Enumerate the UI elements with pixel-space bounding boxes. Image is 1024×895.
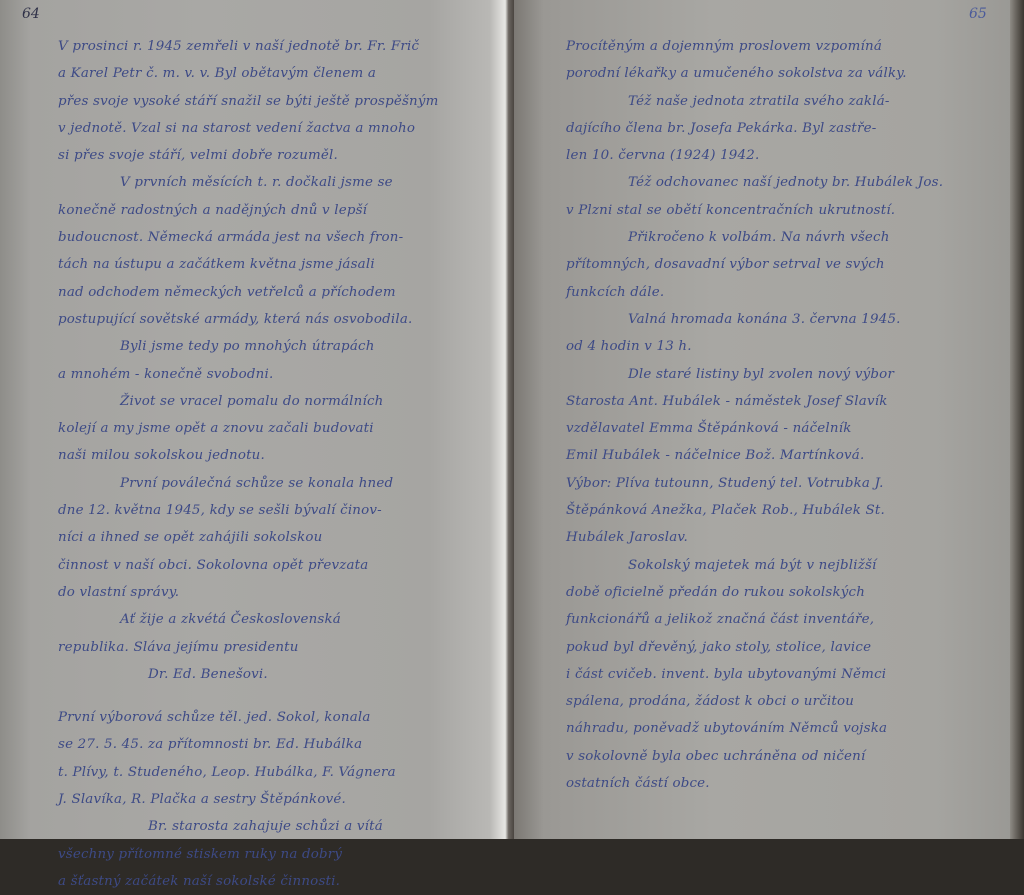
handwritten-line: dne 12. května 1945, kdy se sešli bývalí… (58, 497, 439, 524)
handwritten-line: Hubálek Jaroslav. (566, 524, 943, 551)
handwritten-line: i část cvičeb. invent. byla ubytovanými … (566, 661, 943, 688)
handwritten-line: Valná hromada konána 3. června 1945. (566, 306, 943, 333)
handwritten-line: náhradu, poněvadž ubytováním Němců vojsk… (566, 715, 943, 742)
handwritten-line: v sokolovně byla obec uchráněna od ničen… (566, 743, 943, 770)
handwritten-line: a Karel Petr č. m. v. v. Byl obětavým čl… (58, 60, 439, 87)
handwritten-line: pokud byl dřevěný, jako stoly, stolice, … (566, 634, 943, 661)
handwritten-line: postupující sovětské armády, která nás o… (58, 306, 439, 333)
handwritten-line: v Plzni stal se obětí koncentračních ukr… (566, 197, 943, 224)
page-number-right: 65 (969, 6, 987, 22)
handwritten-line: Též naše jednota ztratila svého zaklá- (566, 88, 943, 115)
book-spine (505, 0, 514, 839)
handwritten-line: Emil Hubálek - náčelnice Bož. Martínková… (566, 442, 943, 469)
handwritten-line: Ať žije a zkvétá Československá (58, 606, 439, 633)
handwritten-line: Procítěným a dojemným proslovem vzpomíná (566, 33, 943, 60)
handwritten-line: funkcích dále. (566, 279, 943, 306)
handwritten-line: První výborová schůze těl. jed. Sokol, k… (58, 704, 439, 731)
paragraph-gap (58, 688, 439, 704)
handwritten-line: naši milou sokolskou jednotu. (58, 442, 439, 469)
handwritten-line: len 10. června (1924) 1942. (566, 142, 943, 169)
handwritten-line: ostatních částí obce. (566, 770, 943, 797)
handwritten-line: přítomných, dosavadní výbor setrval ve s… (566, 251, 943, 278)
handwritten-line: porodní lékařky a umučeného sokolstva za… (566, 60, 943, 87)
handwritten-line: přes svoje vysoké stáří snažil se býti j… (58, 88, 439, 115)
page-edge (1010, 0, 1024, 839)
handwritten-line: t. Plívy, t. Studeného, Leop. Hubálka, F… (58, 759, 439, 786)
handwritten-line: době oficielně předán do rukou sokolskýc… (566, 579, 943, 606)
handwritten-line: do vlastní správy. (58, 579, 439, 606)
page-number-left: 64 (22, 6, 40, 22)
handwritten-line: Dle staré listiny byl zvolen nový výbor (566, 361, 943, 388)
right-page: 65 Procítěným a dojemným proslovem vzpom… (514, 0, 1010, 839)
handwritten-line: funkcionářů a jelikož značná část invent… (566, 606, 943, 633)
handwritten-line: budoucnost. Německá armáda jest na všech… (58, 224, 439, 251)
handwritten-line: republika. Sláva jejímu presidentu (58, 634, 439, 661)
handwritten-line: vzdělavatel Emma Štěpánková - náčelník (566, 415, 943, 442)
open-book: 64 V prosinci r. 1945 zemřeli v naší jed… (0, 0, 1024, 839)
handwritten-line: Byli jsme tedy po mnohých útrapách (58, 333, 439, 360)
handwritten-line: J. Slavíka, R. Plačka a sestry Štěpánkov… (58, 786, 439, 813)
handwritten-line: od 4 hodin v 13 h. (566, 333, 943, 360)
handwritten-line: tách na ústupu a začátkem května jsme já… (58, 251, 439, 278)
handwritten-line: Dr. Ed. Benešovi. (58, 661, 439, 688)
handwritten-line: Štěpánková Anežka, Plaček Rob., Hubálek … (566, 497, 943, 524)
handwritten-line: kolejí a my jsme opět a znovu začali bud… (58, 415, 439, 442)
handwritten-line: se 27. 5. 45. za přítomnosti br. Ed. Hub… (58, 731, 439, 758)
handwritten-line: a mnohém - konečně svobodni. (58, 361, 439, 388)
handwritten-line: První poválečná schůze se konala hned (58, 470, 439, 497)
handwritten-line: si přes svoje stáří, velmi dobře rozuměl… (58, 142, 439, 169)
handwritten-line: činnost v naší obci. Sokolovna opět přev… (58, 552, 439, 579)
handwritten-line: Život se vracel pomalu do normálních (58, 388, 439, 415)
handwritten-line: V prvních měsících t. r. dočkali jsme se (58, 169, 439, 196)
left-page-text: V prosinci r. 1945 zemřeli v naší jednot… (58, 33, 439, 839)
handwritten-line: Výbor: Plíva tutounn, Studený tel. Votru… (566, 470, 943, 497)
handwritten-line: Též odchovanec naší jednoty br. Hubálek … (566, 169, 943, 196)
right-page-text: Procítěným a dojemným proslovem vzpomíná… (566, 33, 943, 797)
left-page: 64 V prosinci r. 1945 zemřeli v naší jed… (0, 0, 505, 839)
handwritten-line: nad odchodem německých vetřelců a přícho… (58, 279, 439, 306)
handwritten-line: Sokolský majetek má být v nejbližší (566, 552, 943, 579)
handwritten-line: Přikročeno k volbám. Na návrh všech (566, 224, 943, 251)
handwritten-line: spálena, prodána, žádost k obci o určito… (566, 688, 943, 715)
handwritten-line: v jednotě. Vzal si na starost vedení žac… (58, 115, 439, 142)
handwritten-line: V prosinci r. 1945 zemřeli v naší jednot… (58, 33, 439, 60)
handwritten-line: níci a ihned se opět zahájili sokolskou (58, 524, 439, 551)
handwritten-line: Br. starosta zahajuje schůzi a vítá (58, 813, 439, 839)
handwritten-line: konečně radostných a nadějných dnů v lep… (58, 197, 439, 224)
handwritten-line: dajícího člena br. Josefa Pekárka. Byl z… (566, 115, 943, 142)
handwritten-line: Starosta Ant. Hubálek - náměstek Josef S… (566, 388, 943, 415)
